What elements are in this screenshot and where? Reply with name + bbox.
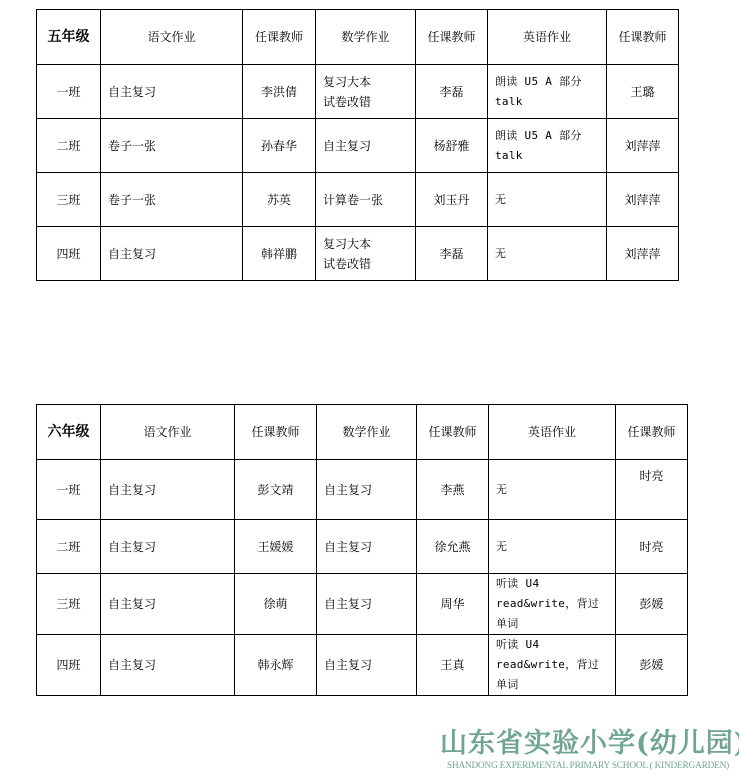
chinese-teacher: 徐萌 bbox=[235, 574, 317, 635]
chinese-teacher: 李洪倩 bbox=[243, 65, 316, 119]
header-english-homework: 英语作业 bbox=[488, 10, 607, 65]
class-name: 二班 bbox=[37, 520, 101, 574]
chinese-teacher: 彭文靖 bbox=[235, 460, 317, 520]
school-logo: 山东省实验小学(幼儿园) SHANDONG EXPERIMENTAL PRIMA… bbox=[440, 728, 736, 772]
math-homework: 自主复习 bbox=[317, 574, 417, 635]
english-homework: 无 bbox=[489, 460, 616, 520]
table-row: 二班 卷子一张 孙春华 自主复习 杨舒雅 朗读 U5 A 部分talk 刘萍萍 bbox=[37, 119, 679, 173]
table-header-row: 六年级 语文作业 任课教师 数学作业 任课教师 英语作业 任课教师 bbox=[37, 405, 688, 460]
class-name: 三班 bbox=[37, 574, 101, 635]
math-homework-line: 试卷改错 bbox=[323, 254, 408, 274]
class-name: 四班 bbox=[37, 227, 101, 281]
math-teacher: 周华 bbox=[417, 574, 489, 635]
english-teacher: 时亮 bbox=[616, 520, 688, 574]
table-row: 四班 自主复习 韩祥鹏 复习大本试卷改错 李磊 无 刘萍萍 bbox=[37, 227, 679, 281]
chinese-homework: 卷子一张 bbox=[101, 173, 243, 227]
english-homework-line: read&write，背过 bbox=[496, 594, 608, 614]
english-homework: 无 bbox=[489, 520, 616, 574]
english-homework-line: 单词 bbox=[496, 614, 608, 634]
english-teacher: 彭媛 bbox=[616, 635, 688, 696]
class-name: 一班 bbox=[37, 460, 101, 520]
chinese-teacher: 韩祥鹏 bbox=[243, 227, 316, 281]
english-homework: 朗读 U5 A 部分talk bbox=[488, 119, 607, 173]
english-homework-line: read&write，背过 bbox=[496, 655, 608, 675]
math-homework: 计算卷一张 bbox=[316, 173, 416, 227]
header-chinese-homework: 语文作业 bbox=[101, 10, 243, 65]
english-homework-line: 朗读 U5 A 部分 bbox=[495, 72, 599, 92]
math-teacher: 李磊 bbox=[416, 227, 488, 281]
header-english-teacher: 任课教师 bbox=[616, 405, 688, 460]
chinese-teacher: 王媛媛 bbox=[235, 520, 317, 574]
class-name: 二班 bbox=[37, 119, 101, 173]
header-chinese-teacher: 任课教师 bbox=[243, 10, 316, 65]
math-homework-line: 复习大本 bbox=[323, 72, 408, 92]
english-homework: 听读 U4read&write，背过单词 bbox=[489, 574, 616, 635]
math-homework: 复习大本试卷改错 bbox=[316, 65, 416, 119]
english-teacher: 时亮 bbox=[616, 460, 688, 520]
table-row: 三班 自主复习 徐萌 自主复习 周华 听读 U4read&write，背过单词 … bbox=[37, 574, 688, 635]
chinese-homework: 卷子一张 bbox=[101, 119, 243, 173]
math-teacher: 刘玉丹 bbox=[416, 173, 488, 227]
class-name: 四班 bbox=[37, 635, 101, 696]
header-english-homework: 英语作业 bbox=[489, 405, 616, 460]
header-math-homework: 数学作业 bbox=[317, 405, 417, 460]
table-row: 三班 卷子一张 苏英 计算卷一张 刘玉丹 无 刘萍萍 bbox=[37, 173, 679, 227]
math-teacher: 杨舒雅 bbox=[416, 119, 488, 173]
english-homework-line: 听读 U4 bbox=[496, 574, 608, 594]
chinese-teacher: 孙春华 bbox=[243, 119, 316, 173]
math-homework: 自主复习 bbox=[317, 460, 417, 520]
english-homework-line: 朗读 U5 A 部分 bbox=[495, 126, 599, 146]
english-teacher: 刘萍萍 bbox=[607, 173, 679, 227]
english-teacher: 彭媛 bbox=[616, 574, 688, 635]
table-row: 一班 自主复习 彭文靖 自主复习 李燕 无 时亮 bbox=[37, 460, 688, 520]
english-homework-line: 单词 bbox=[496, 675, 608, 695]
math-homework: 自主复习 bbox=[317, 635, 417, 696]
english-homework-line: 听读 U4 bbox=[496, 635, 608, 655]
chinese-homework: 自主复习 bbox=[101, 65, 243, 119]
math-homework: 自主复习 bbox=[316, 119, 416, 173]
table-row: 一班 自主复习 李洪倩 复习大本试卷改错 李磊 朗读 U5 A 部分talk 王… bbox=[37, 65, 679, 119]
math-teacher: 李磊 bbox=[416, 65, 488, 119]
math-teacher: 王真 bbox=[417, 635, 489, 696]
english-homework-line: talk bbox=[495, 92, 599, 112]
table-row: 四班 自主复习 韩永辉 自主复习 王真 听读 U4read&write，背过单词… bbox=[37, 635, 688, 696]
class-name: 一班 bbox=[37, 65, 101, 119]
grade5-homework-table: 五年级 语文作业 任课教师 数学作业 任课教师 英语作业 任课教师 一班 自主复… bbox=[36, 9, 679, 281]
chinese-homework: 自主复习 bbox=[101, 574, 235, 635]
school-name-chinese: 山东省实验小学(幼儿园) bbox=[440, 728, 736, 760]
math-homework-line: 复习大本 bbox=[323, 234, 408, 254]
grade-title: 五年级 bbox=[37, 10, 101, 65]
school-name-english: SHANDONG EXPERIMENTAL PRIMARY SCHOOL ( K… bbox=[440, 760, 736, 772]
english-teacher: 王璐 bbox=[607, 65, 679, 119]
chinese-homework: 自主复习 bbox=[101, 635, 235, 696]
english-homework: 无 bbox=[488, 227, 607, 281]
math-teacher: 李燕 bbox=[417, 460, 489, 520]
table-row: 二班 自主复习 王媛媛 自主复习 徐允燕 无 时亮 bbox=[37, 520, 688, 574]
math-homework-line: 试卷改错 bbox=[323, 92, 408, 112]
english-homework: 听读 U4read&write，背过单词 bbox=[489, 635, 616, 696]
table-header-row: 五年级 语文作业 任课教师 数学作业 任课教师 英语作业 任课教师 bbox=[37, 10, 679, 65]
header-chinese-homework: 语文作业 bbox=[101, 405, 235, 460]
chinese-homework: 自主复习 bbox=[101, 460, 235, 520]
chinese-homework: 自主复习 bbox=[101, 520, 235, 574]
english-homework: 朗读 U5 A 部分talk bbox=[488, 65, 607, 119]
math-teacher: 徐允燕 bbox=[417, 520, 489, 574]
chinese-homework: 自主复习 bbox=[101, 227, 243, 281]
header-chinese-teacher: 任课教师 bbox=[235, 405, 317, 460]
header-math-homework: 数学作业 bbox=[316, 10, 416, 65]
chinese-teacher: 苏英 bbox=[243, 173, 316, 227]
chinese-teacher: 韩永辉 bbox=[235, 635, 317, 696]
class-name: 三班 bbox=[37, 173, 101, 227]
english-teacher: 刘萍萍 bbox=[607, 119, 679, 173]
header-math-teacher: 任课教师 bbox=[416, 10, 488, 65]
header-math-teacher: 任课教师 bbox=[417, 405, 489, 460]
math-homework: 复习大本试卷改错 bbox=[316, 227, 416, 281]
english-homework-line: talk bbox=[495, 146, 599, 166]
math-homework: 自主复习 bbox=[317, 520, 417, 574]
english-homework: 无 bbox=[488, 173, 607, 227]
english-teacher: 刘萍萍 bbox=[607, 227, 679, 281]
grade6-homework-table: 六年级 语文作业 任课教师 数学作业 任课教师 英语作业 任课教师 一班 自主复… bbox=[36, 404, 688, 696]
grade-title: 六年级 bbox=[37, 405, 101, 460]
header-english-teacher: 任课教师 bbox=[607, 10, 679, 65]
